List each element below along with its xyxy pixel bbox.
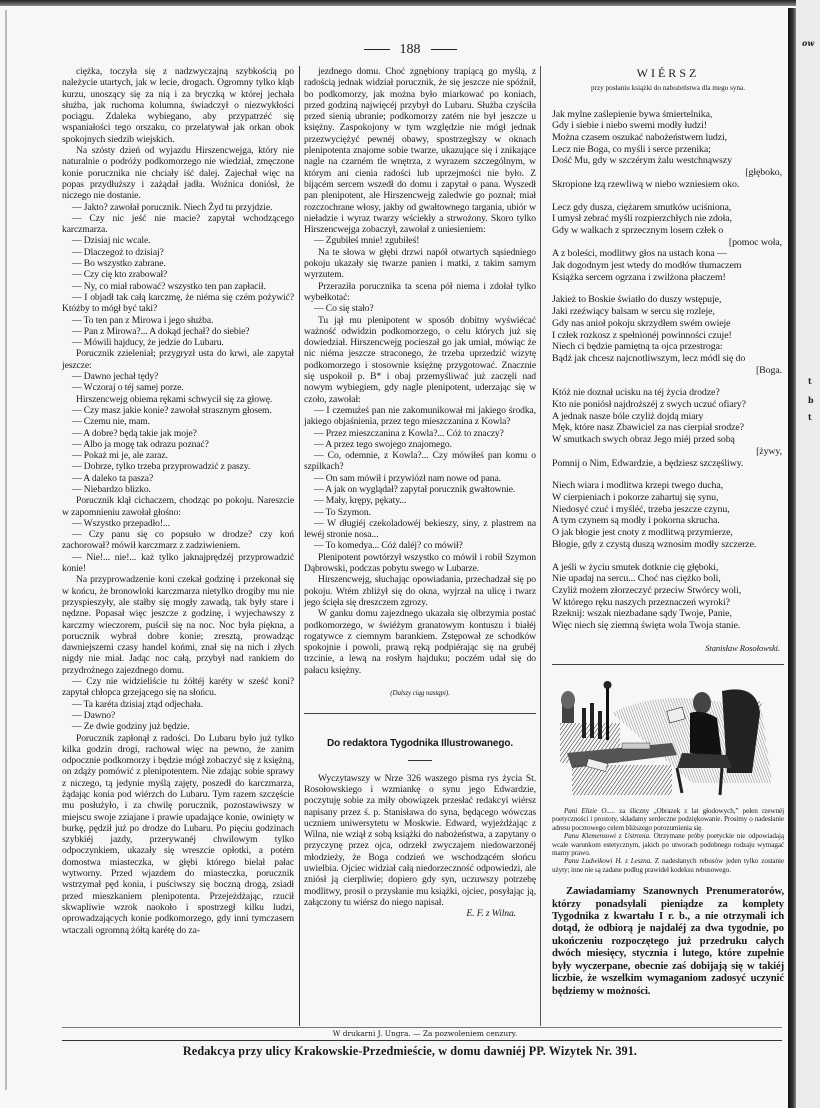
poem-line: Niech ci będzie pamiętną ta ojca przestr… [552,341,784,353]
paragraph: Na przyprowadzenie koni czekał godzinę i… [62,574,294,676]
poem-line: Dość Mu, gdy w szczérym żalu westchnąwsz… [552,155,784,167]
paragraph: — Dzisiaj nic wcale. [62,235,294,246]
paragraph: Tu jął mu plenipotent w sposób dobitny w… [304,315,536,405]
poem-line: Lecz gdy dusza, ciężarem smutków uciśnio… [552,202,784,214]
poem-line: [głęboko, [552,167,784,179]
poem-stanza: A jeśli w życiu smutek dotknie cię głębo… [552,562,784,632]
subscriber-notice: Zawiadamiamy Szanownych Prenumeratorów, … [552,886,784,998]
paragraph: — Ny, co miał rabować? wszystko ten pan … [62,281,294,292]
paragraph: — Dawno? [62,710,294,721]
poem-line: A z boleści, modlitwy głos na ustach kon… [552,248,784,260]
poem-line: Nie upadaj na sercu... Choć nas ciężko b… [552,573,784,585]
poem-line: Lecz nie Boga, co myśli i serce przenika… [552,144,784,156]
poem-line: A tym czynem są modły i pokorna skrucha. [552,515,784,527]
page-number-header: 188 [0,42,820,58]
poem-stanza: Jakież to Boskie światło do duszy wstępu… [552,294,784,376]
paragraph: — Czemu nie, mam. [62,416,294,427]
paragraph: Porucznik zzieleniał; przygryzł usta do … [62,348,294,371]
paragraph: — On sam mówił i przywiózł nam nowe od p… [304,473,536,484]
short-rule [408,760,432,761]
paragraph: — Przez mieszczanina z Kowla?... Cóż to … [304,428,536,439]
poem-line: I umysł zebrać myśli rozpierzchłych nie … [552,213,784,225]
paragraph: — A jak on wyglądał? zapytał porucznik g… [304,484,536,495]
correspondence-item: Panu Ludwikowi H. z Leszna. Z nadesłanyc… [552,857,784,874]
column-3-poem: WIÉRSZ przy posłaniu książki do nabożeńs… [552,66,784,998]
section-divider [552,664,784,665]
poem-line: Jaki rzeźwiący balsam w sercu się rozlej… [552,306,784,318]
poem-subtitle: przy posłaniu książki do nabożeństwa dla… [552,83,784,94]
gutter-mark: t [808,412,812,422]
paragraph: — Zgubiłeś mnie! zgubiłeś! [304,235,536,246]
poem-stanza: Niech wiara i modlitwa krzepi twego duch… [552,480,784,550]
poem-line: Jakież to Boskie światło do duszy wstępu… [552,294,784,306]
paragraph: — I objadł tak całą karczmę, że niéma si… [62,292,294,315]
poem-stanza: Lecz gdy dusza, ciężarem smutków uciśnio… [552,202,784,284]
paragraph: Plenipotent powtórzył wszystko co mówił … [304,552,536,575]
poem-line: I człek rozkosz z spełnionéj powinności … [552,330,784,342]
poem-line: Gdy nas anioł pokoju skrzydłem swém owie… [552,318,784,330]
paragraph: Hirszencwejg obiema rękami schwycił się … [62,394,294,405]
paragraph: Na szósty dzień od wyjazdu Hirszencwejga… [62,145,294,201]
paragraph: — Czy masz jakie konie? zawołał straszny… [62,405,294,416]
paragraph: — Dlaczegoż to dzisiaj? [62,247,294,258]
poem-title: WIÉRSZ [552,68,784,79]
engraving-illustration [552,673,782,801]
poem-line: Któż nie doznał ucisku na téj życia drod… [552,387,784,399]
page-left-edge [5,10,7,1090]
poem-stanza: Któż nie doznał ucisku na téj życia drod… [552,387,784,469]
recipient-name: Pani Elizie O..... [564,807,615,815]
paragraph: — Mały, krępy, pękaty... [304,495,536,506]
paragraph: — Ta karéta dzisiaj ztąd odjechała. [62,699,294,710]
editorial-address: Redakcya przy ulicy Krakowskie-Przedmieś… [0,1044,820,1059]
poem-line: Jak dogodnym jest wtedy do modłów tłumac… [552,260,784,272]
column-1-story: ciężka, toczyła się z nadzwyczajną szybk… [62,66,294,936]
poem-line: O jak błogie jest cnoty z modlitwą przym… [552,527,784,539]
paragraph: — Wczoraj o téj samej porze. [62,382,294,393]
continued-note: (Dalszy ciąg nastąpi). [304,688,536,699]
dash-right [431,49,457,50]
poem-line: A jednak nasze bóle czyliż dojdą miary [552,411,784,423]
letter-signature: E. F. z Wilna. [304,908,536,919]
paragraph: — To komedya... Cóż daléj? co mówił? [304,540,536,551]
paragraph: Na te słowa w głębi drzwi napół otwartyc… [304,247,536,281]
column-divider [299,66,300,1026]
paragraph: — Mówili hajducy, że jedzie do Lubaru. [62,337,294,348]
section-divider [304,713,536,714]
printer-imprint: W drukarni J. Ungra. — Za pozwoleniem ce… [300,1029,550,1038]
letter-body: Wyczytawszy w Nrze 326 waszego pisma rys… [304,773,536,909]
poem-line: Rzeknij: wszak niezbadane sądy Twoje, Pa… [552,608,784,620]
poem-stanza: Jak mylne zaślepienie bywa śmiertelnika,… [552,109,784,191]
editor-at-desk-icon [552,673,782,801]
paragraph: Porucznik klął cichaczem, chodząc po pok… [62,495,294,518]
letter-heading: Do redaktora Tygodnika Illustrowanego. [304,738,536,749]
poem-line: Książka sercem ogrzana i zwilżona płacze… [552,272,784,284]
paragraph: — Czy nic jeść nie macie? zapytał wchodz… [62,213,294,236]
paragraph: — W długiéj czekoladowéj bekieszy, siny,… [304,518,536,541]
poem-line: [pomoc woła, [552,237,784,249]
recipient-name: Panu Ludwikowi H. z Leszna. [564,857,652,865]
poem-line: [Boga. [552,365,784,377]
poem-line: Więc niech się ziemną święta wola Twoja … [552,620,784,632]
paragraph: — Nie!... nie!... każ tylko jaknajprędzé… [62,552,294,575]
column-2-story: jezdnego domu. Choć zgnębiony trapiącą g… [304,66,536,919]
paragraph: — To Szymon. [304,507,536,518]
correspondence-notes: Pani Elizie O..... za śliczny „Obrazek z… [552,807,784,874]
poem-line: W smutkach swych obraz Jego miéj przed s… [552,434,784,446]
footer-rule [62,1040,782,1041]
paragraph: — Co się stało? [304,303,536,314]
paragraph: — A daleko ta pasza? [62,473,294,484]
paragraph: — A przez tego swojego znajomego. [304,439,536,450]
poem-line: W cierpieniach i pokorze zahartuj się sy… [552,492,784,504]
recipient-name: Panu Klemensowi z Ustronia. [564,832,651,840]
poem-line: Męk, które nasz Zbawiciel za nas cierpia… [552,422,784,434]
paragraph: Hirszencwejg, słuchając opowiadania, prz… [304,574,536,608]
story-continuation: jezdnego domu. Choć zgnębiony trapiącą g… [304,66,536,676]
poem-line: Gdy w walkach z sprzecznym losem człek o [552,225,784,237]
poem-line: Skropione łzą rzewliwą w niebo wzniesiem… [552,179,784,191]
notice-text: Zawiadamiamy Szanownych Prenumeratorów, … [552,886,784,998]
correspondence-item: Pani Elizie O..... za śliczny „Obrazek z… [552,807,784,832]
paragraph: — Co, odemnie, z Kowla?... Czy mówiłeś p… [304,450,536,473]
poem-line: Niedosyć czuć i myśléć, trzeba jeszcze c… [552,504,784,516]
dash-left [364,49,390,50]
gutter-mark: b [808,395,814,405]
poem-line: Niech wiara i modlitwa krzepi twego duch… [552,480,784,492]
column-divider [540,66,541,1026]
paragraph: jezdnego domu. Choć zgnębiony trapiącą g… [304,66,536,235]
page-binding-edge [788,8,796,1108]
paragraph: — Albo ja mogę tak odrazu poznać? [62,439,294,450]
paragraph: ciężka, toczyła się z nadzwyczajną szybk… [62,66,294,145]
poem-line: Kto nie poniósł najdroższéj z swych uczu… [552,399,784,411]
paragraph: — Ze dwie godziny już będzie. [62,721,294,732]
paragraph: W ganku domu zajezdnego ukazała się olbr… [304,608,536,676]
poem-line: Można czasem oszukać nabożeństwem ludzi, [552,132,784,144]
poem-line: A jeśli w życiu smutek dotknie cię głębo… [552,562,784,574]
paragraph: — Niebardzo blizko. [62,484,294,495]
paragraph: — Czy cię kto zrabował? [62,269,294,280]
paragraph: — A dobre? będą takie jak moje? [62,428,294,439]
footer-rule [62,1027,782,1028]
paragraph: — Wszystko przepadło!... [62,518,294,529]
poem-line: W którego ręku naszych przeznaczeń wyrok… [552,597,784,609]
poem-body: Jak mylne zaślepienie bywa śmiertelnika,… [552,109,784,632]
paragraph: — To ten pan z Mirowa i jego służba. [62,315,294,326]
paragraph: — Czy nie widzieliście tu żółtéj karéty … [62,676,294,699]
paragraph: — Dawno jechał tędy? [62,371,294,382]
paragraph: Przeraziła porucznika ta scena pół niema… [304,281,536,304]
paragraph: — Jakto? zawołał porucznik. Niech Żyd tu… [62,202,294,213]
paragraph: — Pokaż mi je, ale zaraz. [62,450,294,461]
correspondence-item: Panu Klemensowi z Ustronia. Otrzymane pr… [552,832,784,857]
poem-line: Pomnij o Nim, Edwardzie, a będziesz szcz… [552,458,784,470]
paragraph: — I czemużeś pan nie zakomunikował mi ja… [304,405,536,428]
paragraph: — Bo wszystko zabrane. [62,258,294,269]
paragraph: — Pan z Mirowa?... A dokąd jechał? do si… [62,326,294,337]
adjacent-page-gutter: ow t b t [796,0,820,1108]
poem-line: [żywy, [552,446,784,458]
paragraph: — Dobrze, tylko trzeba przyprowadzić z p… [62,461,294,472]
paragraph: — Czy panu się co popsuło w drodze? czy … [62,529,294,552]
poem-line: Bądź jak chcesz najcnotliwszym, lecz mód… [552,353,784,365]
paragraph: Porucznik zapłonął z radości. Do Lubaru … [62,733,294,936]
poem-author: Stanisław Rosołowski. [552,643,780,654]
gutter-mark: t [808,376,812,386]
poem-line: Czyliż możem złorzeczyć przeciw Stwórcy … [552,585,784,597]
page-number: 188 [400,42,421,57]
poem-line: Gdy i siebie i niebo swemi modły łudzi! [552,120,784,132]
page-top-edge [0,0,820,6]
poem-line: Błogie, gdy z czystą duszą wznosim modły… [552,539,784,551]
poem-line: Jak mylne zaślepienie bywa śmiertelnika, [552,109,784,121]
